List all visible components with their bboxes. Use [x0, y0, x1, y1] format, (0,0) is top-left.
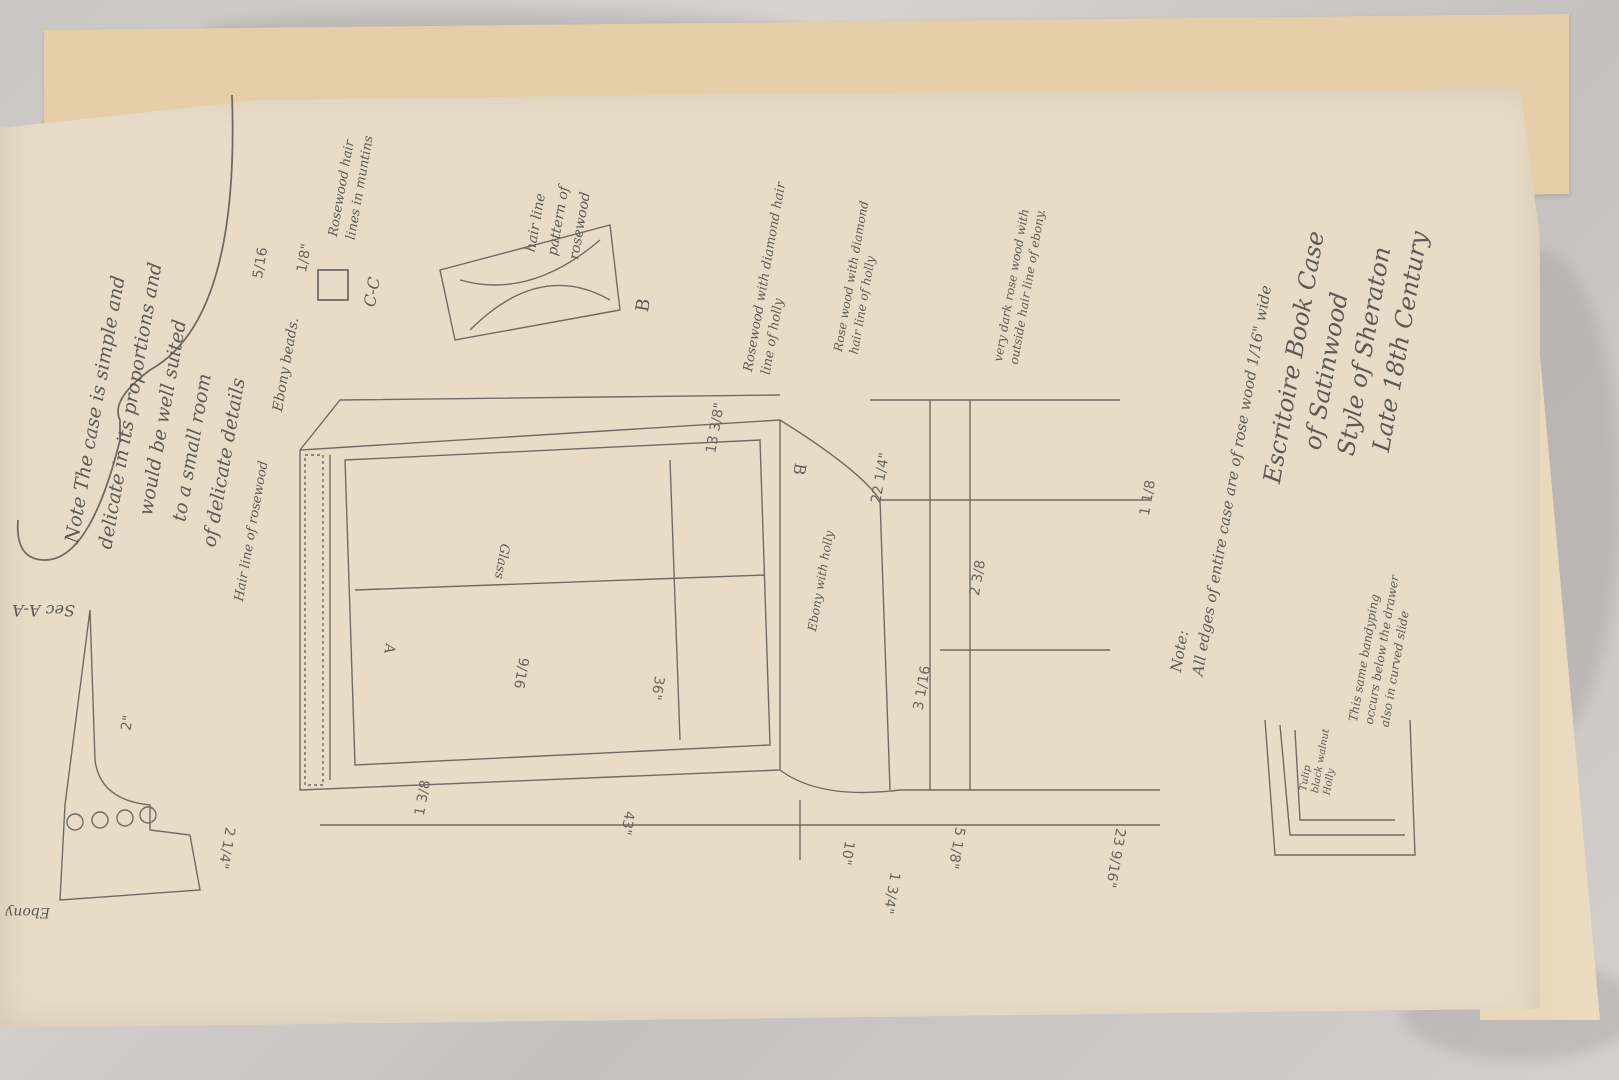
hair-line-pattern-label: hair line pattern of rosewood — [520, 180, 597, 261]
dim-2: 2" — [118, 714, 136, 732]
ebony-label: Ebony — [5, 904, 50, 920]
section-a-label: Sec A-A — [12, 601, 75, 620]
